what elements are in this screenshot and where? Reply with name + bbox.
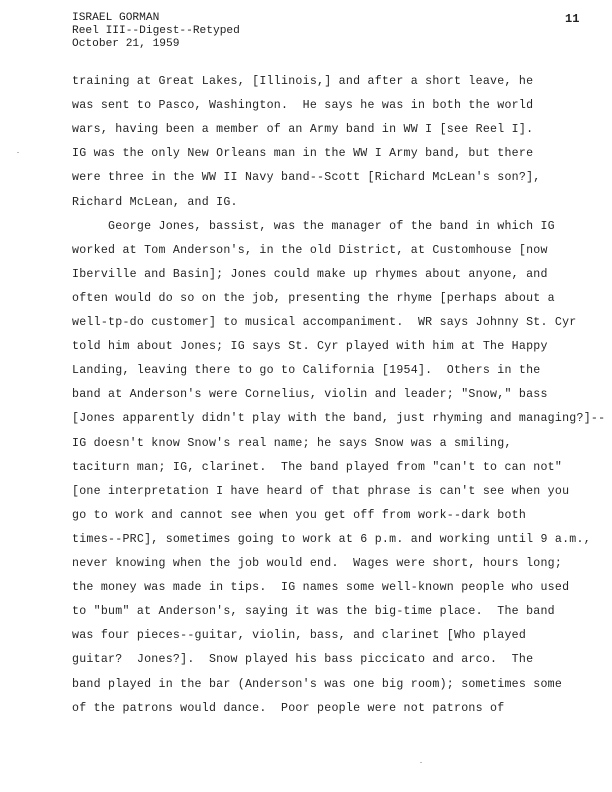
body-line: well-tp-do customer] to musical accompan… <box>72 316 577 330</box>
header-reel-info: Reel III--Digest--Retyped <box>72 25 240 38</box>
body-line: [Jones apparently didn't play with the b… <box>72 412 605 426</box>
body-line: George Jones, bassist, was the manager o… <box>72 220 555 234</box>
body-line: often would do so on the job, presenting… <box>72 292 555 306</box>
body-line: times--PRC], sometimes going to work at … <box>72 533 591 547</box>
body-line: were three in the WW II Navy band--Scott… <box>72 171 540 185</box>
page-number: 11 <box>565 12 579 26</box>
scan-speck <box>420 762 422 763</box>
body-line: guitar? Jones?]. Snow played his bass pi… <box>72 653 533 667</box>
body-line: Iberville and Basin]; Jones could make u… <box>72 268 548 282</box>
header-interviewee-name: ISRAEL GORMAN <box>72 12 159 25</box>
body-line: was four pieces--guitar, violin, bass, a… <box>72 629 526 643</box>
body-line: go to work and cannot see when you get o… <box>72 509 526 523</box>
body-line: training at Great Lakes, [Illinois,] and… <box>72 75 533 89</box>
body-line: Richard McLean, and IG. <box>72 196 238 210</box>
body-line: [one interpretation I have heard of that… <box>72 485 569 499</box>
document-page: ISRAEL GORMAN Reel III--Digest--Retyped … <box>0 0 612 792</box>
header-date: October 21, 1959 <box>72 38 179 51</box>
body-line: the money was made in tips. IG names som… <box>72 581 569 595</box>
body-line: worked at Tom Anderson's, in the old Dis… <box>72 244 548 258</box>
body-line: band played in the bar (Anderson's was o… <box>72 678 562 692</box>
scan-speck <box>232 150 234 151</box>
body-line: taciturn man; IG, clarinet. The band pla… <box>72 461 562 475</box>
body-line: never knowing when the job would end. Wa… <box>72 557 562 571</box>
body-line: IG was the only New Orleans man in the W… <box>72 147 533 161</box>
body-line: told him about Jones; IG says St. Cyr pl… <box>72 340 548 354</box>
body-line: of the patrons would dance. Poor people … <box>72 702 504 716</box>
scan-speck <box>17 152 19 153</box>
body-line: to "bum" at Anderson's, saying it was th… <box>72 605 555 619</box>
body-line: wars, having been a member of an Army ba… <box>72 123 533 137</box>
body-line: Landing, leaving there to go to Californ… <box>72 364 540 378</box>
body-line: was sent to Pasco, Washington. He says h… <box>72 99 533 113</box>
body-line: IG doesn't know Snow's real name; he say… <box>72 437 512 451</box>
body-line: band at Anderson's were Cornelius, violi… <box>72 388 548 402</box>
